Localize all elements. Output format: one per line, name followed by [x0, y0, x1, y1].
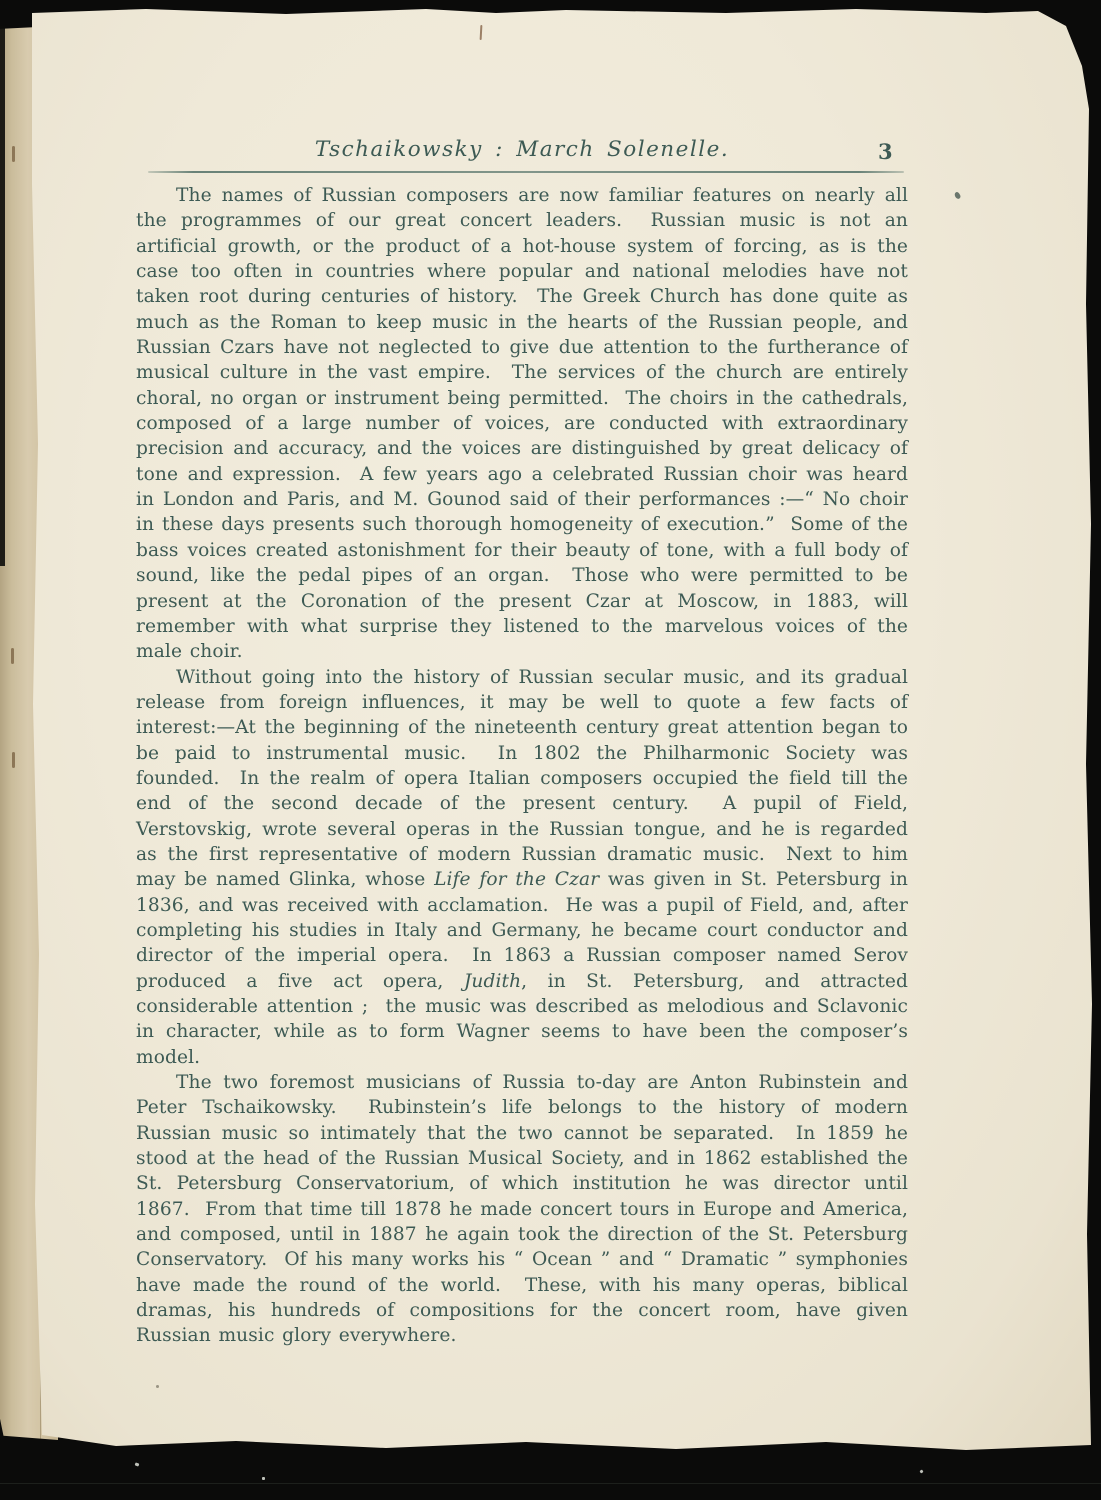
dust-fleck	[919, 1469, 923, 1473]
paper-fiber-speck	[480, 25, 483, 40]
page-top-edge	[26, 4, 1094, 8]
page-number: 3	[878, 139, 918, 164]
dust-fleck	[135, 1462, 140, 1466]
article-text: The names of Russian composers are now f…	[136, 183, 908, 1349]
scan-shadow-left	[0, 26, 5, 566]
paragraph: The names of Russian composers are now f…	[136, 183, 908, 665]
binding-thread	[12, 752, 15, 768]
paper-speck	[706, 261, 709, 264]
running-title: Tschaikowsky : March Solenelle.	[136, 137, 908, 162]
binding-thread	[12, 146, 15, 162]
header-rule	[148, 171, 904, 173]
dust-fleck	[262, 1477, 265, 1480]
worn-corner	[1079, 3, 1101, 111]
scanner-bed-seam	[0, 1483, 1101, 1484]
paragraph: Without going into the history of Russia…	[136, 665, 908, 1071]
paragraph: The two foremost musicians of Russia to-…	[136, 1070, 908, 1349]
ink-speck	[953, 191, 961, 200]
binding-thread	[11, 648, 14, 664]
program-page: Tschaikowsky : March Solenelle. 3 The na…	[26, 4, 1094, 1456]
paper-speck	[156, 1385, 159, 1388]
